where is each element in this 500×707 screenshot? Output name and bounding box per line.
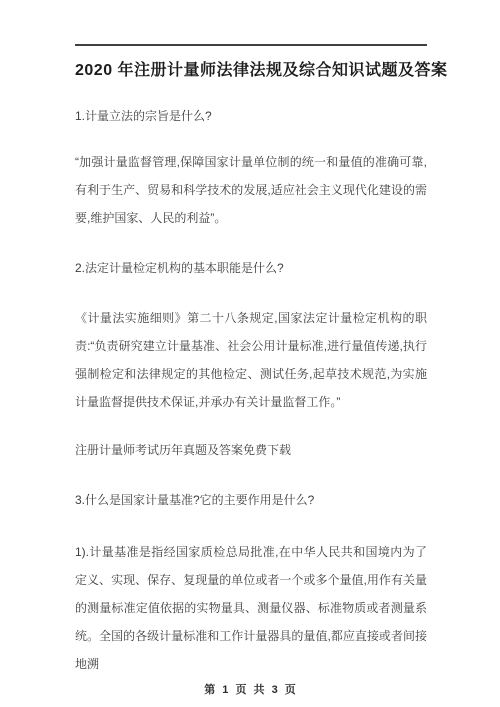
page-content: 2020 年注册计量师法律法规及综合知识试题及答案 1.计量立法的宗旨是什么? … bbox=[75, 0, 427, 700]
download-note: 注册计量师考试历年真题及答案免费下载 bbox=[75, 436, 427, 464]
question-1: 1.计量立法的宗旨是什么? bbox=[75, 102, 427, 130]
answer-paragraph-1: “加强计量监督管理,保障国家计量单位制的统一和量值的准确可靠,有利于生产、贸易和… bbox=[75, 148, 427, 232]
document-page: 2020 年注册计量师法律法规及综合知识试题及答案 1.计量立法的宗旨是什么? … bbox=[0, 0, 500, 707]
page-number-footer: 第 1 页 共 3 页 bbox=[75, 680, 427, 700]
answer-paragraph-2: 《计量法实施细则》第二十八条规定,国家法定计量检定机构的职责:“负责研究建立计量… bbox=[75, 304, 427, 416]
question-3: 3.什么是国家计量基准?它的主要作用是什么? bbox=[75, 486, 427, 514]
answer-paragraph-3: 1).计量基准是指经国家质检总局批准,在中华人民共和国境内为了定义、实现、保存、… bbox=[75, 538, 427, 678]
page-title: 2020 年注册计量师法律法规及综合知识试题及答案 bbox=[75, 58, 427, 84]
header-rule bbox=[75, 44, 427, 46]
question-2: 2.法定计量检定机构的基本职能是什么? bbox=[75, 254, 427, 282]
